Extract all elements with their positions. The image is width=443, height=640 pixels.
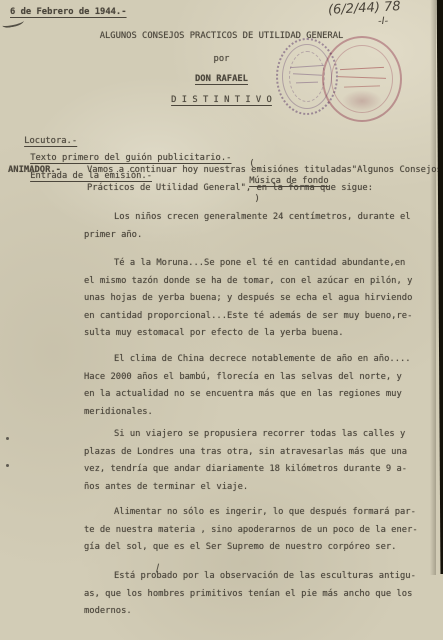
handwritten-date-annotation: (6/2/44) 78 <box>328 0 401 19</box>
stamp-ink-blotch <box>342 90 382 112</box>
byline: por <box>214 54 230 64</box>
text-line: modernos. <box>84 603 436 621</box>
text-line: El clima de China decrece notablemente d… <box>84 351 436 369</box>
text-line: el mismo tazón donde se ha de tomar, con… <box>84 273 436 291</box>
text-line: Si un viajero se propusiera recorrer tod… <box>84 426 436 444</box>
text-line: meridionales. <box>84 404 436 422</box>
text-line: Alimentar no sólo es ingerir, lo que des… <box>84 504 436 522</box>
text-line: primer año. <box>84 227 436 245</box>
text-line: gía del sol, que es el Ser Supremo de nu… <box>84 539 436 557</box>
paragraph-children-growth: Los niños crecen generalmente 24 centíme… <box>84 209 436 244</box>
paragraph-te-moruna: Té a la Moruna...Se pone el té en cantid… <box>84 255 436 343</box>
scanned-script-page: 6 de Febrero de 1944.- (6/2/44) 78 -I- A… <box>0 0 443 640</box>
pink-rubber-stamp-icon <box>322 36 402 122</box>
stamp-inner-dashed-ring <box>289 51 325 102</box>
text-line: en cantidad proporcional...Este té ademá… <box>84 308 436 326</box>
paragraph-china-climate: El clima de China decrece notablemente d… <box>84 351 436 421</box>
paragraph-esculturas: Está probado por la observación de las e… <box>84 568 436 621</box>
text-line: as, que los hombres primitivos tenían el… <box>84 586 436 604</box>
speaker-animador: ANIMADOR.- <box>8 162 61 180</box>
speaker-locutora: Locutora.- <box>24 136 77 146</box>
paragraph-london-streets: Si un viajero se propusiera recorrer tod… <box>84 426 436 496</box>
text-line: plazas de Londres una tras otra, sin atr… <box>84 444 436 462</box>
text-line: ños antes de terminar el viaje. <box>84 479 436 497</box>
text-line: te de nuestra materia , sino apoderarnos… <box>84 522 436 540</box>
paragraph-alimentar: Alimentar no sólo es ingerir, lo que des… <box>84 504 436 557</box>
text-line: Hace 2000 años el bambú, florecía en las… <box>84 369 436 387</box>
text-line: sulta muy estomacal por efecto de la yer… <box>84 325 436 343</box>
document-date: 6 de Febrero de 1944.- <box>10 4 127 22</box>
text-line: unas hojas de yerba buena; y después se … <box>84 290 436 308</box>
paper-edge-shadow <box>430 0 436 575</box>
text-line: Los niños crecen generalmente 24 centíme… <box>84 209 436 227</box>
pen-dot-mark <box>6 437 9 440</box>
text-line: Está probado por la observación de las e… <box>84 568 436 586</box>
distintivo-heading: D I S T I N T I V O <box>171 95 272 105</box>
author-name: DON RAFAEL <box>195 74 248 84</box>
pen-dot-mark <box>6 464 9 467</box>
text-line: Vamos a continuar hoy nuestras emisiónes… <box>87 162 442 180</box>
pen-flick-mark <box>2 17 25 28</box>
dialogue-intro: Vamos a continuar hoy nuestras emisiónes… <box>87 162 442 197</box>
text-line: en la actualidad no se encuentra más que… <box>84 386 436 404</box>
text-line: Prácticos de Utilidad General", en la fo… <box>87 180 442 198</box>
text-line: Té a la Moruna...Se pone el té en cantid… <box>84 255 436 273</box>
text-line: vez, tendría que andar diariamente 18 ki… <box>84 461 436 479</box>
